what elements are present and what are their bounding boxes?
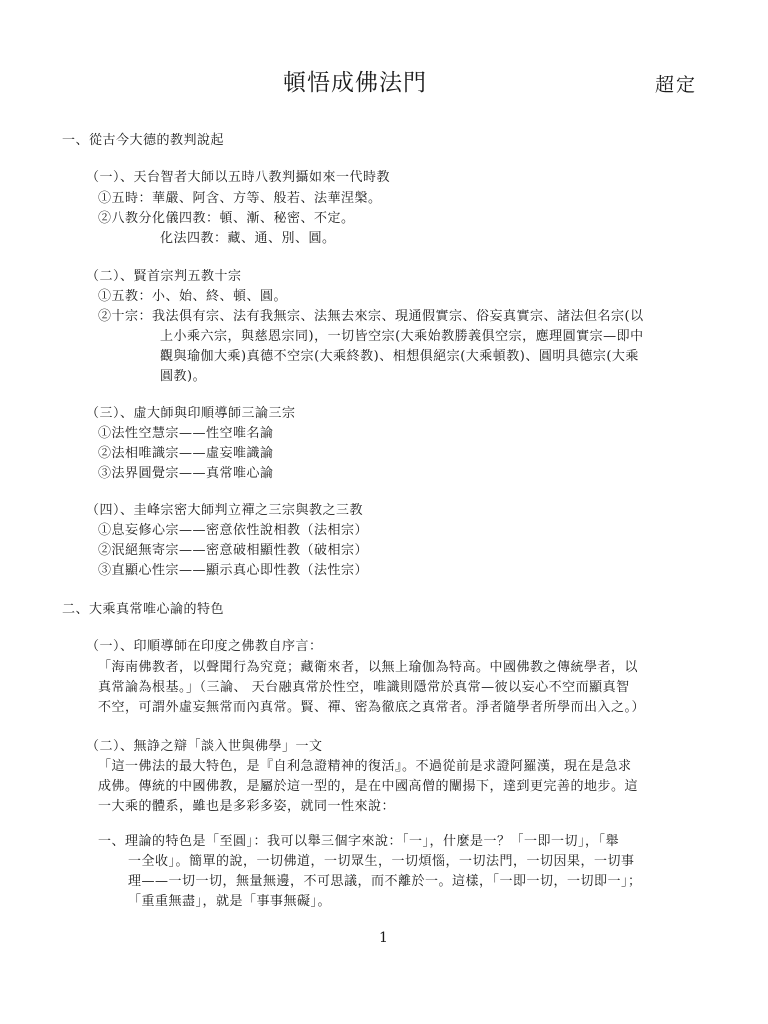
list-item-continuation: 觀與瑜伽大乘)真德不空宗(大乘終教)、相想俱絕宗(大乘頓教)、圓明具德宗(大乘 <box>160 349 639 365</box>
quote-line: 一大乘的體系，雖也是多彩多姿，就同一性來說： <box>98 799 395 815</box>
quote-line: 「海南佛教者，以聲聞行為究竟；藏衛來者，以無上瑜伽為特高。中國佛教之傳統學者，以 <box>98 660 638 676</box>
section-heading: 一、從古今大德的教判說起 <box>62 133 224 149</box>
list-item: ①五教：小、始、終、頓、圓。 <box>98 289 287 305</box>
subsection-heading: （二）、無諍之辯「談入世與佛學」一文 <box>86 739 323 755</box>
quote-line: 「這一佛法的最大特色，是『自利急證精神的復活』。不過從前是求證阿羅漢，現在是急求 <box>98 759 632 775</box>
list-item: ①五時：華嚴、阿含、方等、般若、法華涅槃。 <box>98 191 382 207</box>
quote-line: 不空，可謂外虛妄無常而內真常。賢、禪、密為徹底之真常者。淨者隨學者所學而出入之。… <box>98 700 645 716</box>
document-page: 頓悟成佛法門 超定 一、從古今大德的教判說起 （一）、天台智者大師以五時八教判攝… <box>0 0 768 1024</box>
list-item-continuation: 圓教)。 <box>160 369 206 385</box>
list-item: ②泯絕無寄宗——密意破相顯性教（破相宗） <box>98 543 368 559</box>
quote-line: 真常論為根基。」（三論、 天台融真常於性空，唯識則隱常於真常—彼以妄心不空而顯真… <box>98 680 630 696</box>
subsection-heading: （二）、賢首宗判五教十宗 <box>86 269 242 285</box>
list-item: ①法性空慧宗——性空唯名論 <box>98 426 274 442</box>
page-number: 1 <box>379 930 388 946</box>
list-item-continuation: 上小乘六宗，與慈恩宗同)，一切皆空宗(大乘始教勝義俱空宗，應理圓實宗—即中 <box>160 329 644 345</box>
point-line: 一全收」。簡單的說，一切佛道，一切眾生，一切煩惱，一切法門，一切因果，一切事 <box>128 854 635 870</box>
point-line: 一、理論的特色是「至圓」：我可以舉三個字來說：「一」，什麼是一？「一即一切」，「… <box>98 834 619 850</box>
point-line: 理——一切一切，無量無邊，不可思議，而不離於一。這樣，「一即一切，一切即一」； <box>128 874 642 890</box>
list-item: ①息妄修心宗——密意依性說相教（法相宗） <box>98 523 368 539</box>
list-item: ②八教分化儀四教：頓、漸、秘密、不定。 <box>98 211 355 227</box>
author-name: 超定 <box>655 70 697 97</box>
subsection-heading: （一）、天台智者大師以五時八教判攝如來一代時教 <box>86 170 390 186</box>
quote-line: 成佛。傳統的中國佛教，是屬於這一型的，是在中國高僧的闡揚下，達到更完善的地步。這 <box>98 779 638 795</box>
section-heading: 二、大乘真常唯心論的特色 <box>62 602 224 618</box>
subsection-heading: （一）、印順導師在印度之佛教自序言： <box>86 639 323 655</box>
list-item: ②十宗：我法俱有宗、法有我無宗、法無去來宗、現通假實宗、俗妄真實宗、諸法但名宗(… <box>98 309 644 325</box>
point-line: 「重重無盡」，就是「事事無礙」。 <box>128 894 331 910</box>
subsection-heading: （三）、虛大師與印順導師三論三宗 <box>86 406 296 422</box>
list-item: ③法界圓覺宗——真常唯心論 <box>98 466 274 482</box>
subsection-heading: （四）、圭峰宗密大師判立禪之三宗與教之三教 <box>86 503 363 519</box>
list-item: ②法相唯識宗——虛妄唯識論 <box>98 446 274 462</box>
document-title: 頓悟成佛法門 <box>283 64 427 97</box>
list-item: 化法四教：藏、通、別、圓。 <box>160 231 336 247</box>
list-item: ③直顯心性宗——顯示真心即性教（法性宗） <box>98 563 368 579</box>
